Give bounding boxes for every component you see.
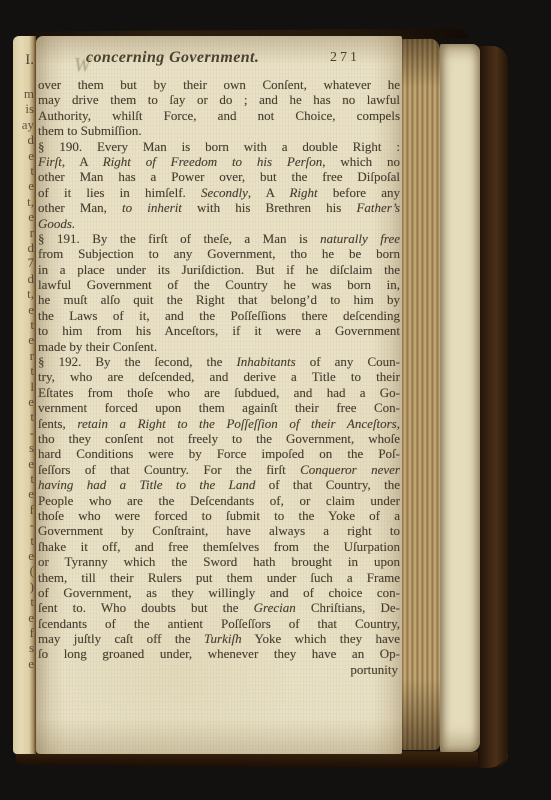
edge-fragment: 7 xyxy=(14,255,34,270)
book-cover-edge xyxy=(478,46,508,768)
edge-fragment: e xyxy=(14,486,34,501)
text-line: them to Submiſſion. xyxy=(38,123,400,138)
book-page: W concerning Government. 271 over them b… xyxy=(36,36,402,754)
edge-fragment: e xyxy=(14,302,34,317)
edge-fragment: t, xyxy=(14,194,34,209)
text-line: other Man has a Power over, but the free… xyxy=(38,169,400,184)
edge-fragment: ) xyxy=(14,579,34,594)
text-line: ſent to. Who doubts but the Grecian Chri… xyxy=(38,600,400,615)
text-line: Government by Conſtraint, have always a … xyxy=(38,523,400,538)
paragraph: over them but by their own Conſent, what… xyxy=(38,77,400,139)
edge-fragment: t xyxy=(14,363,34,378)
text-line: other Man, to inherit with his Brethren … xyxy=(38,200,400,215)
text-line: lawful Government of the Country he was … xyxy=(38,277,400,292)
text-line: tho they conſent not freely to the Gover… xyxy=(38,431,400,446)
text-line: § 190. Every Man is born with a double R… xyxy=(38,139,400,154)
edge-fragment: t xyxy=(14,533,34,548)
page-header: concerning Government. 271 xyxy=(38,49,400,69)
text-line: ſeſſors of that Country. For the firſt C… xyxy=(38,462,400,477)
edge-fragment: t xyxy=(14,594,34,609)
text-line: having had a Title to the Land of that C… xyxy=(38,477,400,492)
endpaper-edge xyxy=(440,44,480,752)
edge-fragment: s xyxy=(14,640,34,655)
edge-fragment: r xyxy=(14,225,34,240)
text-line: Eſtates from thoſe who are ſubdued, and … xyxy=(38,385,400,400)
paragraph: § 192. By the ſecond, the Inhabitants of… xyxy=(38,354,400,662)
edge-fragment: - xyxy=(14,517,34,532)
text-line: of it lies in himſelf. Secondly, A Right… xyxy=(38,185,400,200)
text-line: the Laws of it, and the Poſſeſſions ther… xyxy=(38,308,400,323)
text-line: them, till their Rulers put them under ſ… xyxy=(38,570,400,585)
text-line: Goods. xyxy=(38,216,400,231)
edge-fragment: - xyxy=(14,425,34,440)
edge-fragment: f xyxy=(14,625,34,640)
page-block-fore-edge xyxy=(402,38,440,750)
text-line: over them but by their own Conſent, what… xyxy=(38,77,400,92)
left-page-fragments: I. misaydetet,erd7dt,etertlet-setef-te()… xyxy=(13,36,36,754)
edge-fragment: t xyxy=(14,163,34,178)
edge-fragment: m xyxy=(14,86,34,101)
edge-fragment: e xyxy=(14,209,34,224)
edge-fragment: ay xyxy=(14,117,34,132)
edge-fragment: t, xyxy=(14,286,34,301)
edge-fragment: r xyxy=(14,348,34,363)
text-line: of Government, as they willingly and of … xyxy=(38,585,400,600)
edge-fragment: e xyxy=(14,456,34,471)
text-line: may drive them to ſay or do ; and he has… xyxy=(38,92,400,107)
edge-fragment: is xyxy=(14,101,34,116)
book-photo: I. misaydetet,erd7dt,etertlet-setef-te()… xyxy=(0,0,551,800)
text-line: in a place under its Juriſdiction. But i… xyxy=(38,262,400,277)
text-line: ſhake it off, and free themſelves from t… xyxy=(38,539,400,554)
edge-fragment: e xyxy=(14,548,34,563)
text-line: or Tyranny which the Sword hath brought … xyxy=(38,554,400,569)
text-line: People who are the Deſcendants of, or cl… xyxy=(38,493,400,508)
text-line: thoſe who were forced to ſubmit to the Y… xyxy=(38,508,400,523)
text-line: may juſtly caſt off the Turkiſh Yoke whi… xyxy=(38,631,400,646)
edge-fragment: e xyxy=(14,656,34,671)
text-line: vernment forced upon them againſt their … xyxy=(38,400,400,415)
edge-fragment: d xyxy=(14,271,34,286)
edge-fragment: e xyxy=(14,178,34,193)
text-line: he muſt alſo quit the Right that belong’… xyxy=(38,292,400,307)
edge-fragment: e xyxy=(14,394,34,409)
edge-fragment: t xyxy=(14,317,34,332)
text-line: § 192. By the ſecond, the Inhabitants of… xyxy=(38,354,400,369)
edge-fragment: d xyxy=(14,132,34,147)
text-line: hard Conditions were by Force impoſed on… xyxy=(38,446,400,461)
edge-fragment: e xyxy=(14,332,34,347)
edge-fragment: l xyxy=(14,379,34,394)
text-line: from Subjection to any Government, tho h… xyxy=(38,246,400,261)
running-title: concerning Government. xyxy=(86,49,259,67)
edge-fragment: t xyxy=(14,409,34,424)
text-line: to him from his Anceſtors, if it were a … xyxy=(38,323,400,338)
catchword: portunity xyxy=(38,662,400,677)
edge-fragment: t xyxy=(14,471,34,486)
edge-fragment-heading: I. xyxy=(25,52,34,69)
text-line: try, who are deſcended, and derive a Tit… xyxy=(38,369,400,384)
edge-fragment: f xyxy=(14,502,34,517)
page-number: 271 xyxy=(330,50,360,66)
paragraph: § 191. By the firſt of theſe, a Man is n… xyxy=(38,231,400,354)
edge-fragment: s xyxy=(14,440,34,455)
edge-fragment: e xyxy=(14,610,34,625)
edge-fragment: d xyxy=(14,240,34,255)
text-line: made by their Conſent. xyxy=(38,339,400,354)
paragraph: § 190. Every Man is born with a double R… xyxy=(38,139,400,231)
text-line: § 191. By the firſt of theſe, a Man is n… xyxy=(38,231,400,246)
edge-fragment: ( xyxy=(14,563,34,578)
edge-fragment: e xyxy=(14,148,34,163)
text-line: Authority, whilſt Force, and not Choice,… xyxy=(38,108,400,123)
page-text: over them but by their own Conſent, what… xyxy=(38,77,400,677)
text-line: ſcendants of the antient Poſſeſſors of t… xyxy=(38,616,400,631)
text-line: ſo long groaned under, whenever they hav… xyxy=(38,646,400,661)
text-line: ſents, retain a Right to the Poſſeſſion … xyxy=(38,416,400,431)
text-line: Firſt, A Right of Freedom to his Perſon,… xyxy=(38,154,400,169)
